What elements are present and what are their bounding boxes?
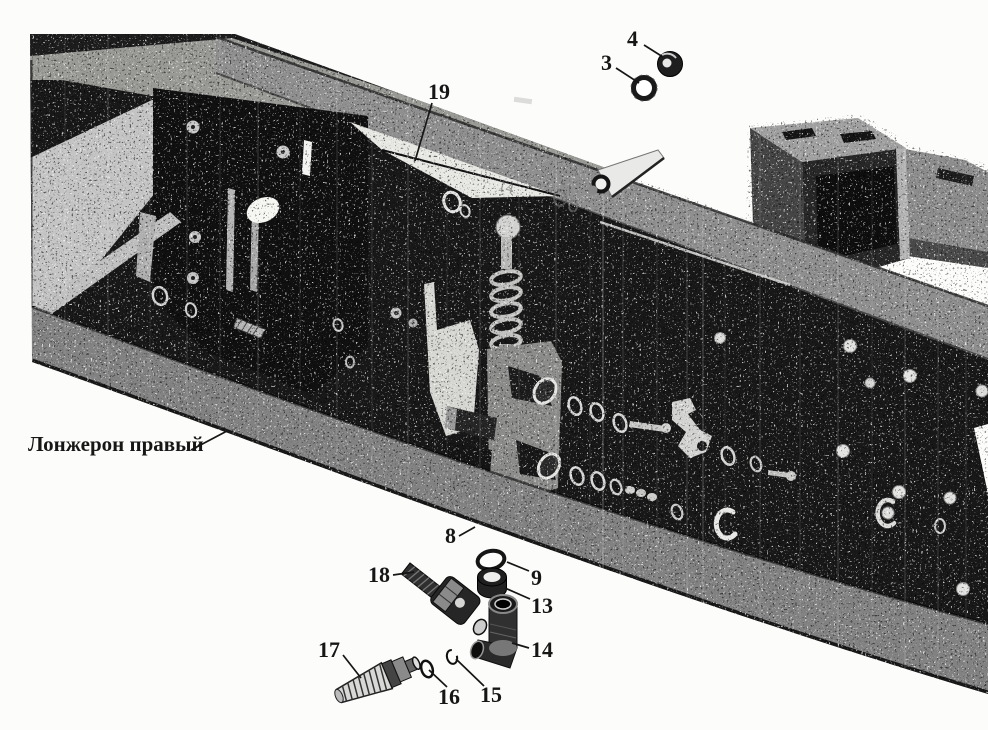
callout-leader-3 (616, 68, 639, 83)
callout-label-19: 19 (428, 79, 450, 104)
part-17-plug (330, 649, 424, 710)
callout-label-16: 16 (438, 684, 460, 709)
callout-leader-9 (507, 562, 529, 571)
callout-label-15: 15 (480, 682, 502, 707)
callout-label-3: 3 (601, 50, 612, 75)
callout-label-9: 9 (531, 565, 542, 590)
callout-label-13: 13 (531, 593, 553, 618)
part-15-snap-ring (445, 649, 458, 665)
figure-caption: Лонжерон правый (28, 432, 204, 456)
callout-leader-17 (343, 655, 361, 678)
callout-leader-8 (459, 527, 475, 536)
callout-label-4: 4 (627, 26, 638, 51)
part-18-fitting (401, 563, 489, 637)
callout-label-8: 8 (445, 523, 456, 548)
callout-label-14: 14 (531, 637, 553, 662)
part-13-bushing (478, 568, 507, 598)
figure-longeron-right: 341981891314171615Лонжерон правый1424 (0, 0, 988, 730)
callout-label-18: 18 (368, 562, 390, 587)
callout-label-17: 17 (318, 637, 340, 662)
diagram-longeron: 341981891314171615Лонжерон правый1424 (0, 0, 988, 730)
part-16-ring (419, 659, 435, 679)
callout-leader-4 (644, 45, 663, 57)
part-3-washer (631, 75, 657, 101)
